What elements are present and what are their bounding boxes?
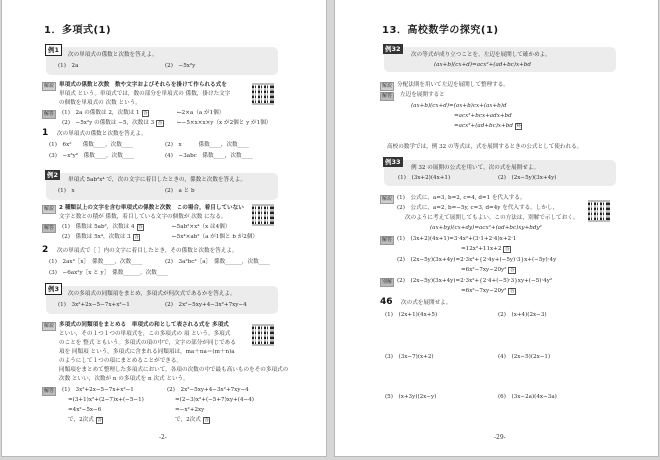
example-3-item-1: (1) 3x²+2x−5−7x+x²−1: [58, 302, 130, 309]
problem-1-item-2: (2) x 係数____，次数____: [165, 142, 249, 149]
section-title: 1．多項式(1): [44, 21, 111, 36]
solution-tag: 解答: [42, 224, 56, 233]
answer-mark: 答: [508, 267, 516, 274]
note-3-line-2: といい，その１つ１つの単項式を，この多項式の 項 という。多項式: [59, 331, 230, 338]
problem-46-item-3[interactable]: (3) (3x−7)(x+2): [385, 354, 434, 361]
note-1-line-2: 単項式 という。単項式では，数の部分を単項式の 係数，掛けた文字: [59, 91, 230, 98]
example-1-prompt: 次の単項式の係数と次数を答えよ。: [68, 52, 158, 59]
solution-2-line-2: (2) 係数は 5x⁴，次数は 3答: [62, 234, 140, 241]
solution-tag: 解答: [380, 92, 394, 101]
example-2-prompt: 単項式 5ab²x⁴ で，次の文字に着目したときの，係数と次数を答えよ。: [68, 177, 246, 184]
alt-solution-line-2: =6x²−7xy−20y²答: [461, 288, 516, 295]
paragraph: 高校の数学では，例 32 の等式は，式を展開するときの公式として使われる。: [387, 144, 582, 151]
problem-2-prompt: 次の単項式で［ ］内の文字に着目したとき，その係数と次数を答えよ。: [57, 248, 238, 255]
note-33-line-3: 次のように考えて展開してもよい。この方法は，別解で示しておく。: [405, 215, 578, 222]
solution-1-side-note-2: ←−5×x×x×y（x が2個と y が1個）: [177, 120, 271, 127]
note-tag: 解説: [380, 195, 394, 204]
note-3-line-6: 同類項をまとめて整理した多項式において，各項の次数の中で最も高いものをその多項式…: [59, 367, 288, 374]
problem-46-prompt: 次の式を展開せよ。: [401, 300, 451, 307]
solution-1-line-1: (1) 2a の係数は 2，次数は 1答: [62, 110, 149, 117]
solution-tag: 解答: [380, 236, 394, 245]
example-3-prompt: 次の多項式の同類項をまとめ，多項式が何次式であるかを答えよ。: [68, 291, 236, 298]
example-2-item-1: (1) x: [58, 188, 75, 195]
note-tag: 解説: [42, 322, 56, 331]
solution-3-col2-line-4: で，2次式答: [175, 417, 210, 424]
example-32-label: 例32: [383, 44, 403, 54]
answer-mark: 答: [133, 234, 141, 241]
example-2-item-2: (2) a と b: [165, 188, 195, 195]
end-mark: 終: [515, 123, 523, 130]
solution-3-col1-line-4: で，2次式答: [68, 417, 103, 424]
solution-32-intro: 左辺を展開すると: [400, 92, 445, 99]
qr-code-icon[interactable]: [252, 204, 274, 226]
problem-number: 2: [42, 245, 48, 255]
page-number: -2-: [159, 434, 167, 441]
solution-3-col2-line-3: =−x²+2xy: [175, 407, 204, 414]
answer-mark: 答: [508, 288, 516, 295]
solution-33-line-4: =6x²−7xy−20y²答: [461, 267, 516, 274]
solution-3-col1-line-3: =4x²−5x−6: [68, 407, 101, 414]
note-2-line-1: 2 種類以上の文字を含む単項式の係数と次数 この場合，着目していない: [59, 205, 244, 212]
answer-mark: 答: [203, 417, 211, 424]
answer-mark: 答: [142, 110, 150, 117]
solution-1-side-note-1: ←2×a（a が1個）: [177, 110, 224, 117]
problem-1-item-3: (3) −x³y² 係数____，次数____: [49, 153, 134, 160]
answer-mark: 答: [503, 246, 511, 253]
problem-46-item-4[interactable]: (4) (2x−5)(2x−1): [498, 354, 550, 361]
solution-33-line-3: (2) (2x−5y)(3x+4y)=2·3x²+{2·4y+(−5y)·3}x…: [397, 257, 556, 264]
problem-2-item-1: (1) 2ax³［x］ 係数____，次数____: [49, 259, 142, 266]
section-title: 13．高校数学の探究(1): [382, 21, 499, 36]
qr-code-icon[interactable]: [252, 83, 274, 105]
solution-2-line-1: (1) 係数は 5ab²，次数は 4答: [62, 224, 144, 231]
example-33-label: 例33: [383, 157, 403, 167]
example-32-prompt: 次の等式が成り立つことを，左辺を展開して確かめよ。: [411, 52, 551, 59]
example-33-box: [384, 160, 616, 186]
note-tag: 解説: [42, 82, 56, 91]
example-1-label: 例1: [45, 44, 62, 56]
qr-code-icon[interactable]: [588, 200, 610, 222]
page-right: 13．高校数学の探究(1) 例32 次の等式が成り立つことを，左辺を展開して確か…: [334, 0, 659, 457]
example-3-item-2: (2) 2x²−5xy+4−3x²+7xy−4: [165, 302, 247, 309]
alt-solution-line-1: (2) (2x−5y)(3x+4y)=2·3x²+{2·4+(−5)·3}xy+…: [397, 278, 552, 285]
example-33-prompt: 例 32 の展開の公式を用いて，次の式を展開せよ。: [411, 165, 539, 172]
solution-2-side-note-2: ←5x⁴×ab²（a が1個と b が2個）: [172, 234, 258, 241]
solution-32-line-3: =acx²+(ad+bc)x+bd終: [454, 123, 522, 130]
problem-46-item-5[interactable]: (5) (x+3y)(2x−y): [385, 394, 436, 401]
problem-2-item-3: (3) −6ax²y［x と y］ 係数______，次数____: [49, 270, 168, 277]
problem-46-item-1[interactable]: (1) (2x+1)(4x+5): [385, 312, 437, 319]
example-1-item-1: (1) 2a: [58, 63, 78, 70]
problem-1-prompt: 次の単項式の係数と次数を答えよ。: [57, 131, 147, 138]
solution-tag: 解答: [42, 387, 56, 396]
qr-code-icon[interactable]: [252, 324, 274, 346]
note-32-text: 分配法則を用いて左辺を展開して整理する。: [397, 82, 509, 89]
note-33-line-2: (2) 公式に，a=2, b=−5y, c=3, d=4y を代入する。しかし，: [397, 205, 558, 212]
note-3-line-5: のようにして１つの項にまとめることができる。: [59, 358, 182, 365]
note-1-line-1: 単項式の係数と次数 数や文字およびそれらを掛けて作られる式を: [59, 82, 227, 89]
problem-1-item-1: (1) 6x² 係数____，次数____: [49, 142, 133, 149]
problem-2-item-2: (2) 3a²bc³［a］ 係数______，次数____: [165, 259, 270, 266]
solution-33-line-2: =12x²+11x+2答: [461, 246, 511, 253]
problem-number: 46: [380, 297, 393, 307]
note-3-line-7: 次数 といい，次数が n の多項式を n 次式 という。: [59, 376, 189, 383]
solution-3-col1-line-2: =(3+1)x²+(2−7)x+(−5−1): [68, 397, 144, 404]
example-2-label: 例2: [45, 170, 60, 180]
answer-mark: 答: [137, 224, 145, 231]
solution-2-side-note-1: ←5ab²×x⁴（x は4個）: [172, 224, 230, 231]
note-tag: 解説: [42, 205, 56, 214]
example-1-item-2: (2) −5x²y: [165, 63, 195, 70]
note-3-line-1: 多項式の同類項をまとめる 単項式の和として表される式を 多項式: [59, 322, 229, 329]
example-32-formula: (ax+b)(cx+d)=acx²+(ad+bc)x+bd: [434, 62, 531, 69]
note-33-line-1: (1) 公式に，a=3, b=2, c=4, d=1 を代入する。: [397, 195, 526, 202]
solution-3-col2-line-2: =(2−3)x²+(−5+7)xy+(4−4): [175, 397, 254, 404]
problem-46-item-6[interactable]: (6) (3x−2a)(4x−3a): [498, 394, 557, 401]
alt-solution-tag: 別解: [380, 278, 394, 287]
solution-1-line-2: (2) −5x²y の係数は −5，次数は 3答: [62, 120, 164, 127]
page-left: 1．多項式(1) 例1 次の単項式の係数と次数を答えよ。 (1) 2a (2) …: [1, 0, 327, 457]
example-33-item-1: (1) (3x+2)(4x+1): [398, 175, 450, 182]
solution-tag: 解答: [42, 110, 56, 119]
solution-32-line-2: =acx²+bcx+adx+bd: [454, 113, 512, 120]
note-3-line-3: のことを 整式 ともいう。多項式の項の中で，文字の部分が同じである: [59, 340, 236, 347]
solution-33-line-1: (1) (3x+2)(4x+1)=3·4x²+(3·1+2·4)x+2·1: [397, 236, 516, 243]
page-number: -29-: [494, 434, 506, 441]
note-3-line-4: 項を 同類項 という。多項式に含まれる同類項は，ma＋na＝(m＋n)a: [59, 349, 235, 356]
note-2-line-2: 文字と数との積が 係数，着目している文字の個数が 次数 になる。: [59, 214, 227, 221]
answer-mark: 答: [156, 120, 164, 127]
note-1-line-3: の個数を単項式の 次数 という。: [59, 100, 141, 107]
solution-3-col1-line-1: (1) 3x²+2x−5−7x+x²−1: [62, 387, 134, 394]
example-3-label: 例3: [45, 283, 62, 295]
note-33-line-4: (ax+by)(cx+dy)=acx²+(ad+bc)xy+bdy²: [430, 225, 542, 232]
solution-3-col2-line-1: (2) 2x²−5xy+4−3x²+7xy−4: [167, 387, 249, 394]
solution-32-line-1: (ax+b)(cx+d)=(ax+b)cx+(ax+b)d: [411, 103, 507, 110]
problem-46-item-2[interactable]: (2) (x+4)(2x−3): [498, 312, 547, 319]
example-33-item-2: (2) (2x−5y)(3x+4y): [498, 175, 557, 182]
problem-1-item-4: (4) −3abc 係数____，次数____: [165, 153, 253, 160]
answer-mark: 答: [96, 417, 104, 424]
note-tag: 解説: [380, 82, 394, 91]
problem-number: 1: [42, 128, 48, 138]
